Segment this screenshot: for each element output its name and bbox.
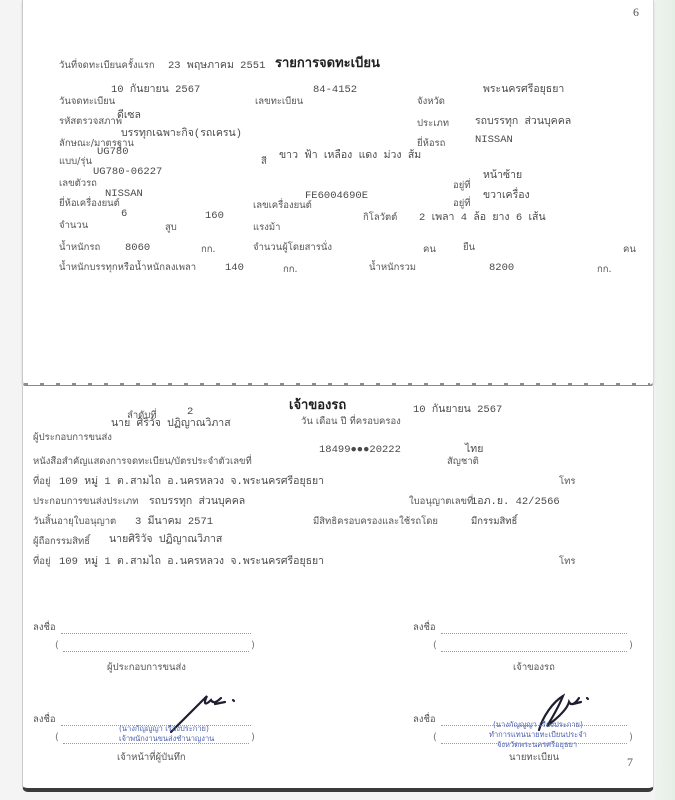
chassis-no-label: เลขตัวรถ — [59, 178, 97, 190]
plate-value: 84-4152 — [313, 84, 357, 96]
operator-sign-line — [61, 633, 251, 634]
brand-label: ยี่ห้อรถ — [417, 138, 445, 150]
registrar-paren-open: ( — [433, 732, 437, 744]
background-edge — [655, 0, 675, 800]
total-weight-label: น้ำหนักรวม — [369, 262, 416, 274]
load-weight-unit: กก. — [283, 264, 298, 276]
owner-paren-open: ( — [433, 640, 437, 652]
cylinders-label: จำนวน — [59, 220, 88, 232]
operator-role: ผู้ประกอบการขนส่ง — [107, 662, 186, 674]
license-expiry-value: 3 มีนาคม 2571 — [135, 516, 213, 528]
reg-date-label: วันจดทะเบียน — [59, 96, 115, 108]
officer-sign-label: ลงชื่อ — [33, 714, 56, 726]
license-no-label: ใบอนุญาตเลขที่ — [409, 496, 473, 508]
operator-label: ผู้ประกอบการขนส่ง — [33, 432, 112, 444]
section-title-registration: รายการจดทะเบียน — [275, 58, 380, 70]
address-label: ที่อยู่ — [33, 476, 51, 488]
license-expiry-label: วันสิ้นอายุใบอนุญาต — [33, 516, 116, 528]
nationality-value: ไทย — [465, 444, 483, 456]
page-perforation — [24, 383, 650, 385]
seated-passengers-label: จำนวนผู้โดยสารนั่ง — [253, 242, 332, 254]
vehicle-weight-unit: กก. — [201, 244, 216, 256]
horsepower-unit: แรงม้า — [253, 222, 280, 234]
operator-value: นาย ศิริวัจ ปฏิญาณวิภาส — [111, 418, 231, 430]
owner-name-label: ผู้ถือกรรมสิทธิ์ — [33, 536, 90, 548]
first-registered-value: 23 พฤษภาคม 2551 — [168, 60, 265, 72]
chassis-location-label: อยู่ที่ — [453, 180, 471, 192]
registrar-role: นายทะเบียน — [509, 752, 559, 764]
load-weight-value: 140 — [225, 262, 244, 274]
owner-sign-label: ลงชื่อ — [413, 622, 436, 634]
first-registered-label: วันที่จดทะเบียนครั้งแรก — [59, 60, 155, 72]
style-value: บรรทุกเฉพาะกิจ(รถเครน) — [121, 128, 242, 140]
page-number-bottom: 7 — [627, 756, 633, 768]
registrar-paren-close: ) — [629, 732, 633, 744]
transport-type-label: ประกอบการขนส่งประเภท — [33, 496, 138, 508]
id-card-label: หนังสือสำคัญแสดงการจดทะเบียน/บัตรประจำตั… — [33, 456, 252, 468]
axles-value: 2 เพลา 4 ล้อ ยาง 6 เส้น — [419, 212, 546, 224]
officer-paren-close: ) — [251, 732, 255, 744]
registrar-stamp-line-3: จังหวัดพระนครศรีอยุธยา — [497, 740, 577, 749]
standing-unit: คน — [623, 244, 636, 256]
owner-address-value: 109 หมู่ 1 ต.สามไถ อ.นครหลวง จ.พระนครศรี… — [59, 556, 324, 568]
engine-brand-label: ยี่ห้อเครื่องยนต์ — [59, 198, 120, 210]
standing-label: ยืน — [463, 242, 475, 254]
officer-stamp-line-1: (นางกัญญูญา เรืองประกาย) — [119, 724, 209, 733]
vehicle-weight-label: น้ำหนักรถ — [59, 242, 100, 254]
owner-name-value: นายศิริวัจ ปฏิญาณวิภาส — [109, 534, 222, 546]
operator-name-line — [63, 651, 249, 652]
province-value: พระนครศรีอยุธยา — [483, 84, 564, 96]
model-label: แบบ/รุ่น — [59, 156, 92, 168]
registrar-stamp-line-2: ทำการแทนนายทะเบียนประจำ — [489, 730, 587, 739]
registrar-name-line — [441, 743, 627, 744]
owner-paren-close: ) — [629, 640, 633, 652]
engine-location-value: ขวาเครื่อง — [483, 190, 530, 202]
owner-address-phone-label: โทร — [559, 556, 575, 568]
possession-date-label: วัน เดือน ปี ที่ครอบครอง — [301, 416, 401, 428]
page-number-top: 6 — [633, 6, 639, 18]
total-weight-unit: กก. — [597, 264, 612, 276]
nationality-label: สัญชาติ — [447, 456, 479, 468]
engine-no-value: FE6004690E — [305, 190, 368, 202]
owner-name-line — [441, 651, 627, 652]
officer-role: เจ้าหน้าที่ผู้บันทึก — [117, 752, 186, 764]
total-weight-value: 8200 — [489, 262, 514, 274]
owner-role: เจ้าของรถ — [513, 662, 555, 674]
address-phone-label: โทร — [559, 476, 575, 488]
brand-value: NISSAN — [475, 134, 513, 146]
axles-label: กิโลวัตต์ — [363, 212, 397, 224]
registrar-sign-label: ลงชื่อ — [413, 714, 436, 726]
reg-date-value: 10 กันยายน 2567 — [111, 84, 200, 96]
load-weight-label: น้ำหนักบรรทุกหรือน้ำหนักลงเพลา — [59, 262, 196, 274]
license-no-value: 1อภ.ย. 42/2566 — [471, 496, 560, 508]
plate-label: เลขทะเบียน — [255, 96, 303, 108]
order-value: 2 — [187, 406, 193, 418]
seated-passengers-unit: คน — [423, 244, 436, 256]
registration-page: 6 วันที่จดทะเบียนครั้งแรก 23 พฤษภาคม 255… — [22, 0, 654, 387]
id-card-value: 18499●●●20222 — [319, 444, 401, 456]
inspection-code-label: รหัสตรวจสภาพ — [59, 116, 122, 128]
possession-right-label: มีสิทธิครอบครองและใช้รถโดย — [313, 516, 438, 528]
operator-sign-label: ลงชื่อ — [33, 622, 56, 634]
possession-date-value: 10 กันยายน 2567 — [413, 404, 502, 416]
chassis-location-value: หน้าซ้าย — [483, 170, 522, 182]
cylinders-value: 6 — [121, 208, 127, 220]
owner-page: เจ้าของรถ 10 กันยายน 2567 วัน เดือน ปี ท… — [22, 386, 654, 792]
operator-paren-close: ) — [251, 640, 255, 652]
engine-location-label: อยู่ที่ — [453, 198, 471, 210]
model-value: UG780 — [97, 146, 129, 158]
color-label: สี — [261, 156, 267, 168]
vehicle-type-value: รถบรรทุก ส่วนบุคคล — [475, 116, 571, 128]
horsepower-value: 160 — [205, 210, 224, 222]
color-value: ขาว ฟ้า เหลือง แดง ม่วง ส้ม — [279, 150, 421, 162]
cylinders-unit: สูบ — [165, 222, 177, 234]
vehicle-weight-value: 8060 — [125, 242, 150, 254]
vehicle-type-label: ประเภท — [417, 118, 449, 130]
province-label: จังหวัด — [417, 96, 445, 108]
section-title-owner: เจ้าของรถ — [289, 400, 346, 412]
officer-name-line — [63, 743, 249, 744]
engine-no-label: เลขเครื่องยนต์ — [253, 200, 312, 212]
owner-sign-line — [441, 633, 627, 634]
address-value: 109 หมู่ 1 ต.สามไถ อ.นครหลวง จ.พระนครศรี… — [59, 476, 324, 488]
registrar-stamp-line-1: (นางกัญญูญา เรืองประกาย) — [493, 720, 583, 729]
chassis-no-value: UG780-06227 — [93, 166, 162, 178]
officer-stamp-line-2: เจ้าพนักงานขนส่งชำนาญงาน — [119, 734, 214, 743]
officer-paren-open: ( — [55, 732, 59, 744]
operator-paren-open: ( — [55, 640, 59, 652]
transport-type-value: รถบรรทุก ส่วนบุคคล — [149, 496, 245, 508]
possession-right-value: มีกรรมสิทธิ์ — [471, 516, 517, 528]
owner-address-label: ที่อยู่ — [33, 556, 51, 568]
